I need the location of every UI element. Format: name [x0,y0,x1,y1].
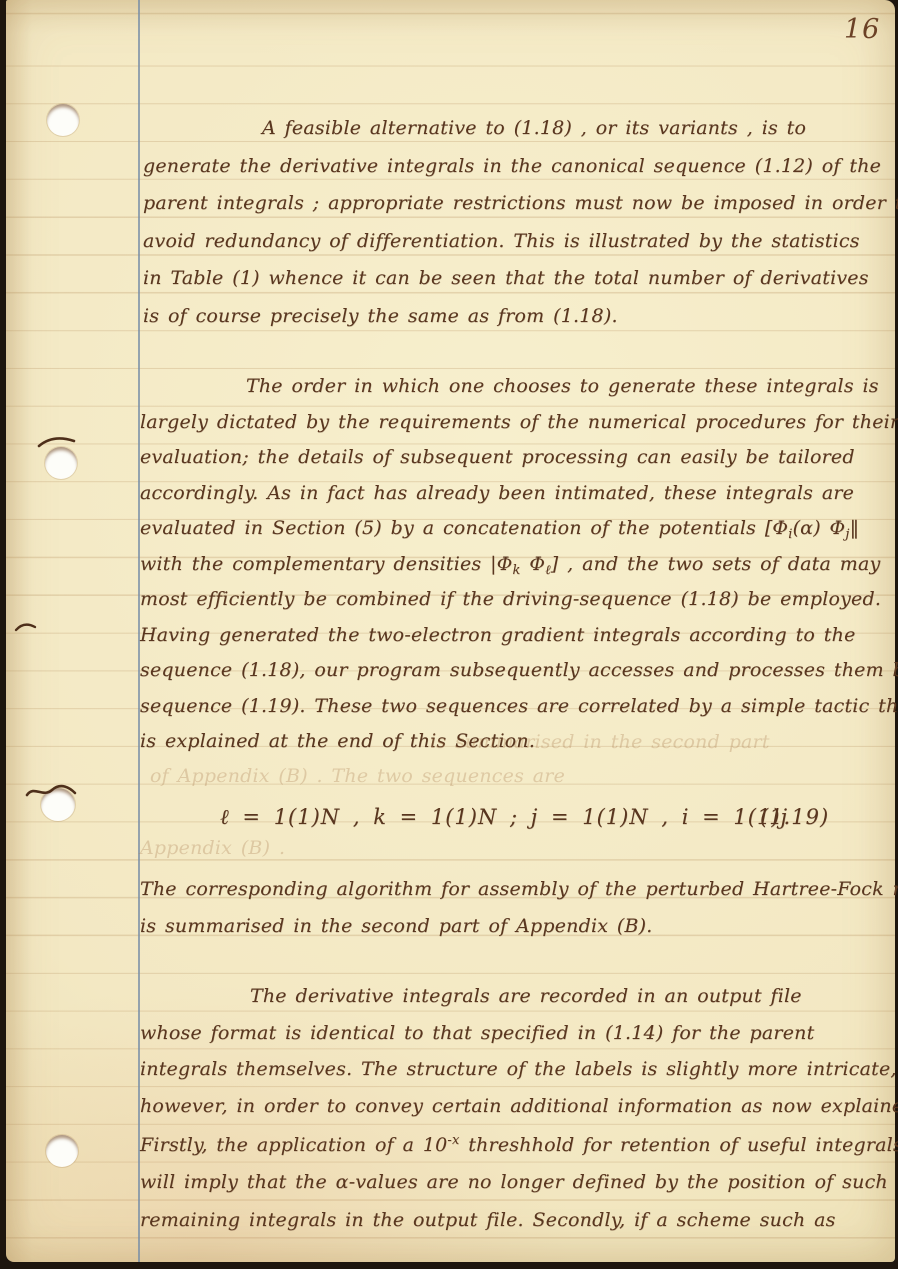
handwritten-line: most efficiently be combined if the driv… [140,588,881,612]
handwritten-line: evaluation; the details of subsequent pr… [140,446,855,470]
erased-ghost-text: Appendix (B) . [140,837,285,861]
equation-1-19: ℓ = 1(1)N , k = 1(1)N ; j = 1(1)N , i = … [220,804,788,830]
erased-ghost-text: of Appendix (B) . The two sequences are [150,765,565,789]
erased-ghost-text: is summarised in the second part [430,731,770,755]
handwritten-line: is summarised in the second part of Appe… [140,915,653,939]
handwritten-line: The order in which one chooses to genera… [246,375,879,399]
handwritten-line: The derivative integrals are recorded in… [250,985,802,1009]
handwritten-line: with the complementary densities |Φk Φℓ]… [140,553,880,579]
handwritten-line: Having generated the two-electron gradie… [140,624,856,648]
hole-punch [47,104,79,136]
handwritten-line: remaining integrals in the output file. … [140,1209,836,1233]
pen-mark [14,618,38,634]
handwritten-line: evaluated in Section (5) by a concatenat… [140,517,859,543]
handwritten-line: avoid redundancy of differentiation. Thi… [143,230,860,254]
handwritten-line: accordingly. As in fact has already been… [140,482,854,506]
handwritten-line: largely dictated by the requirements of … [140,411,898,435]
handwritten-line: will imply that the α-values are no long… [140,1171,888,1195]
handwritten-line: A feasible alternative to (1.18) , or it… [262,117,806,141]
hole-punch [45,447,77,479]
hole-punch [46,1135,78,1167]
handwritten-line: sequence (1.18), our program subsequentl… [140,659,898,683]
handwritten-line: generate the derivative integrals in the… [143,155,881,179]
handwritten-line: however, in order to convey certain addi… [140,1095,898,1119]
equation-label: (1.19) [760,804,829,830]
manuscript-page: 16 A feasible alternative to (1.18) , or… [6,0,895,1262]
handwritten-line: sequence (1.19). These two sequences are… [140,695,898,719]
pen-mark [24,782,78,802]
handwritten-line: The corresponding algorithm for assembly… [140,878,898,902]
handwritten-line: in Table (1) whence it can be seen that … [143,267,869,291]
handwritten-line: integrals themselves. The structure of t… [140,1058,897,1082]
handwritten-line: Firstly, the application of a 10-x thres… [140,1133,898,1158]
superscript-minus-x: -x [447,1133,459,1148]
page-number: 16 [844,14,880,45]
handwritten-line: whose format is identical to that specif… [140,1022,814,1046]
subscript-k: k [513,563,521,578]
handwritten-line: is of course precisely the same as from … [143,305,618,329]
handwritten-line: parent integrals ; appropriate restricti… [143,192,898,216]
pen-mark [36,432,78,450]
